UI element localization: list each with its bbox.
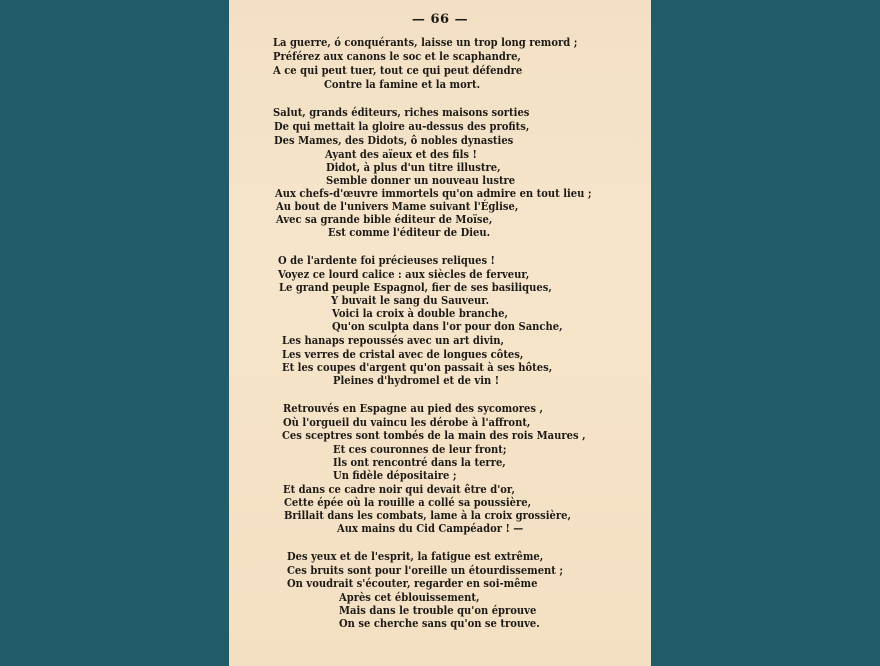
poem-line: A ce qui peut tuer, tout ce qui peut déf… <box>273 64 522 77</box>
poem-line: Contre la famine et la mort. <box>324 78 480 91</box>
poem-body: La guerre, ó conquérants, laisse un trop… <box>229 0 651 666</box>
poem-line: Ces sceptres sont tombés de la main des … <box>282 429 586 442</box>
poem-line: Un fidèle dépositaire ; <box>333 469 457 482</box>
poem-line: Les hanaps repoussés avec un art divin, <box>282 334 504 347</box>
poem-line: On se cherche sans qu'on se trouve. <box>339 617 540 630</box>
poem-line: Est comme l'éditeur de Dieu. <box>328 226 490 239</box>
poem-line: La guerre, ó conquérants, laisse un trop… <box>273 36 577 49</box>
poem-line: Qu'on sculpta dans l'or pour don Sanche, <box>332 320 563 333</box>
poem-line: De qui mettait la gloire au-dessus des p… <box>274 120 529 133</box>
poem-line: On voudrait s'écouter, regarder en soi-m… <box>287 577 537 590</box>
poem-line: O de l'ardente foi précieuses reliques ! <box>278 254 495 267</box>
poem-line: Des yeux et de l'esprit, la fatigue est … <box>287 550 543 563</box>
poem-line: Préférez aux canons le soc et le scaphan… <box>273 50 521 63</box>
poem-line: Salut, grands éditeurs, riches maisons s… <box>273 106 529 119</box>
poem-line: Retrouvés en Espagne au pied des sycomor… <box>283 402 543 415</box>
document-page: — 66 — La guerre, ó conquérants, laisse … <box>229 0 651 666</box>
poem-line: Des Mames, des Didots, ô nobles dynastie… <box>274 134 513 147</box>
poem-line: Aux mains du Cid Campéador ! — <box>337 522 523 535</box>
poem-line: Pleines d'hydromel et de vin ! <box>333 374 499 387</box>
